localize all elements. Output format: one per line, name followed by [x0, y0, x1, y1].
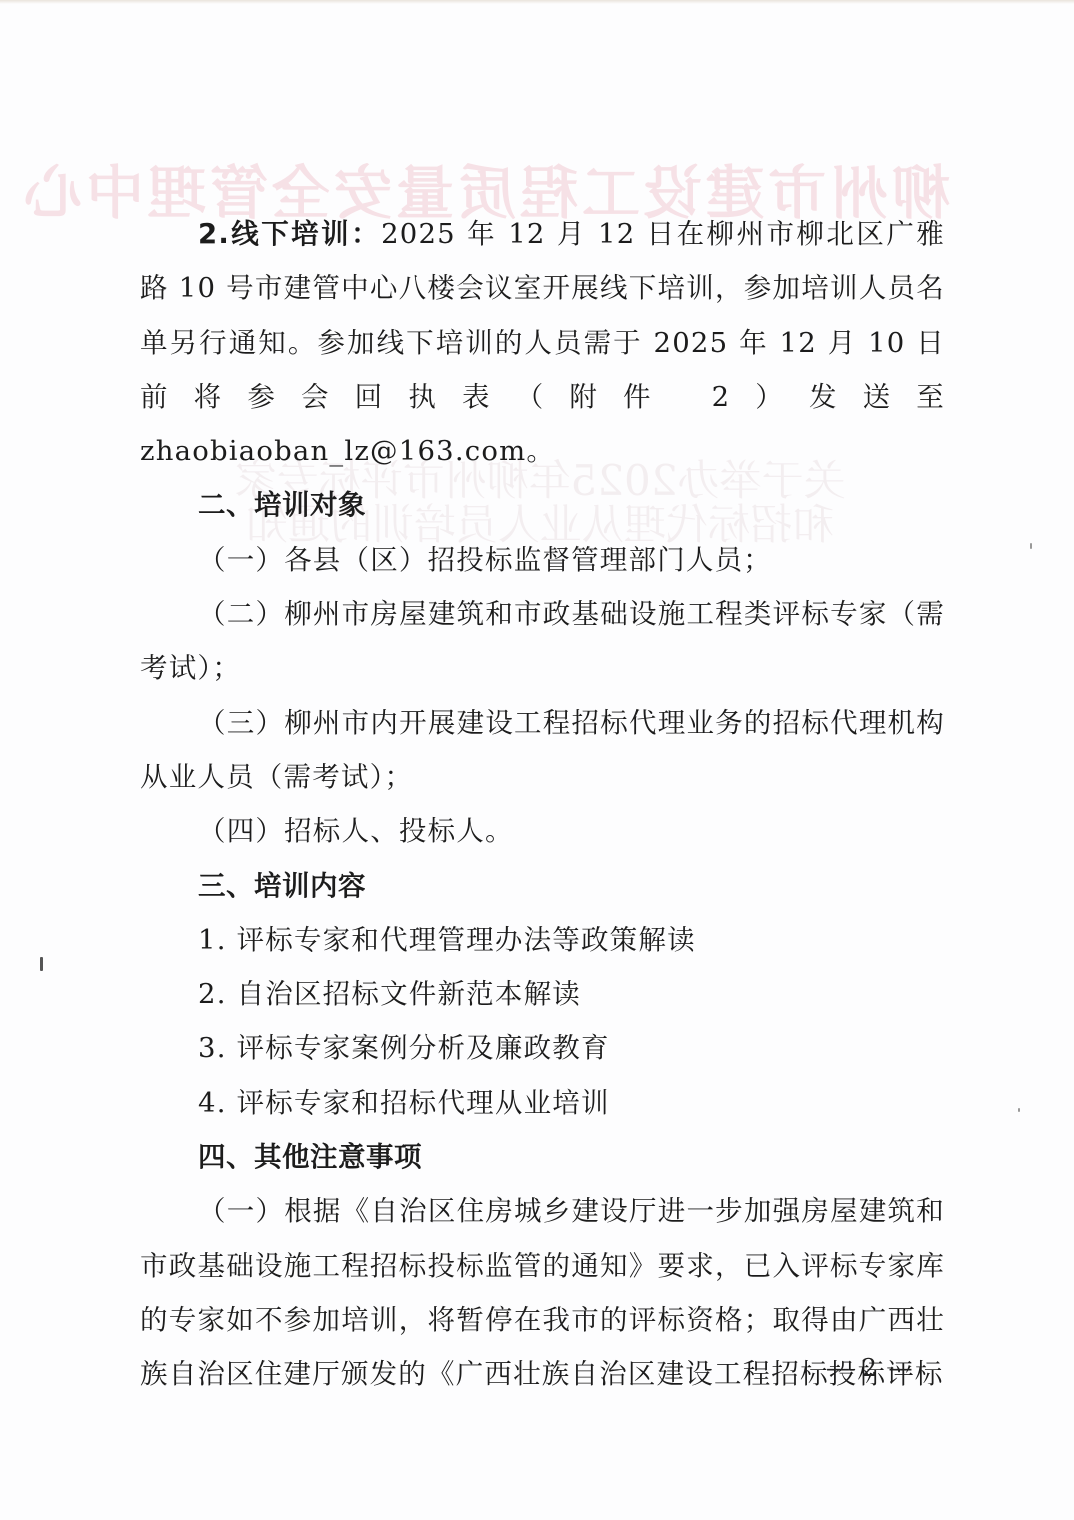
scan-speck [1030, 543, 1032, 549]
scan-top-edge [0, 0, 1074, 4]
scan-speck [1018, 1108, 1020, 1112]
scan-speck [40, 957, 43, 971]
page-number: — 2 — [826, 1354, 915, 1382]
training-content-item: 1. 评标专家和代理管理办法等政策解读 [140, 913, 945, 967]
section-heading-training-content: 三、培训内容 [140, 859, 945, 913]
training-target-item: （三）柳州市内开展建设工程招标代理业务的招标代理机构从业人员（需考试）； [140, 696, 945, 805]
section-heading-other-notes: 四、其他注意事项 [140, 1130, 945, 1184]
other-notes-paragraph: （一）根据《自治区住房城乡建设厅进一步加强房屋建筑和市政基础设施工程招标投标监管… [140, 1184, 945, 1401]
offline-training-text: 2025 年 12 月 12 日在柳州市柳北区广雅路 10 号市建管中心八楼会议… [140, 218, 945, 467]
document-body: 2.线下培训：2025 年 12 月 12 日在柳州市柳北区广雅路 10 号市建… [140, 207, 945, 1402]
document-page: 柳州市建设工程质量安全管理中心 关于举办2025年柳州市评标专家 和招标代理从业… [0, 0, 1074, 1520]
offline-training-lead: 2.线下培训： [198, 218, 381, 250]
offline-training-paragraph: 2.线下培训：2025 年 12 月 12 日在柳州市柳北区广雅路 10 号市建… [140, 207, 945, 478]
training-content-item: 3. 评标专家案例分析及廉政教育 [140, 1021, 945, 1075]
training-content-item: 4. 评标专家和招标代理从业培训 [140, 1076, 945, 1130]
training-target-item: （一）各县（区）招投标监督管理部门人员； [140, 533, 945, 587]
training-target-item: （四）招标人、投标人。 [140, 804, 945, 858]
training-target-item: （二）柳州市房屋建筑和市政基础设施工程类评标专家（需考试）； [140, 587, 945, 696]
training-content-item: 2. 自治区招标文件新范本解读 [140, 967, 945, 1021]
section-heading-training-targets: 二、培训对象 [140, 478, 945, 532]
